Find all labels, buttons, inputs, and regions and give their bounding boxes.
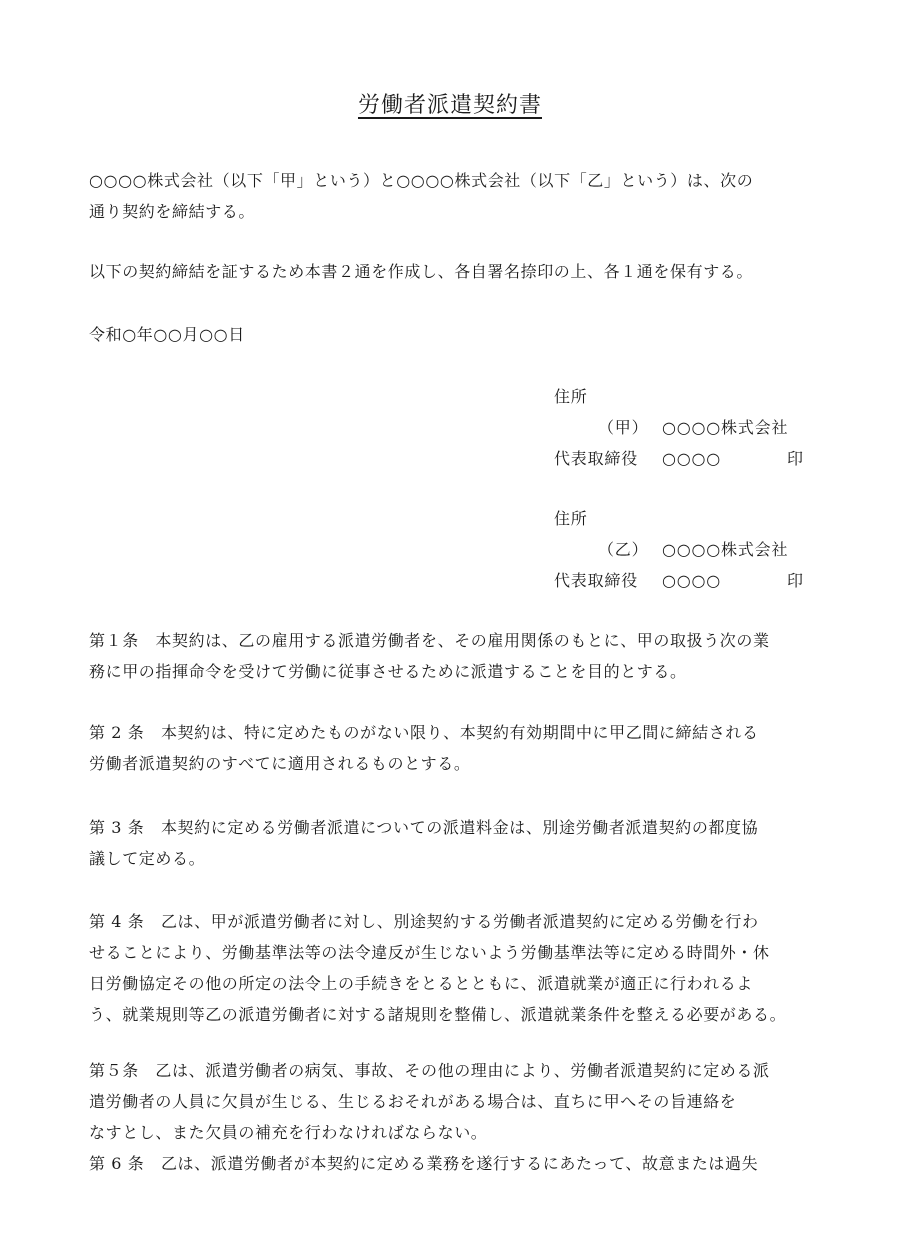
signature-block-party-a: 住所 （甲） ○○○○株式会社 代表取締役 ○○○○ 印 [554, 381, 814, 474]
article-line: 務に甲の指揮命令を受けて労働に従事させるために派遣することを目的とする。 [89, 656, 824, 687]
address-label: 住所 [554, 381, 588, 412]
article-6: 第 6 条 乙は、派遣労働者が本契約に定める業務を遂行するにあたって、故意または… [89, 1148, 824, 1179]
certification-paragraph: 以下の契約締結を証するため本書２通を作成し、各自署名捺印の上、各１通を保有する。 [89, 256, 824, 287]
article-line: 遣労働者の人員に欠員が生じる、生じるおそれがある場合は、直ちに甲へその旨連絡を [89, 1086, 824, 1117]
representative-name: ○○○○ [662, 443, 721, 474]
seal-mark: 印 [787, 565, 804, 596]
article-line: 第 3 条 本契約に定める労働者派遣についての派遣料金は、別途労働者派遣契約の都… [89, 812, 824, 843]
article-line: 日労働協定その他の所定の法令上の手続きをとるとともに、派遣就業が適正に行われるよ [89, 968, 824, 999]
article-2: 第 2 条 本契約は、特に定めたものがない限り、本契約有効期間中に甲乙間に締結さ… [89, 717, 824, 779]
document-title-text: 労働者派遣契約書 [358, 93, 542, 118]
document-title: 労働者派遣契約書 [0, 88, 900, 119]
signature-block-party-b: 住所 （乙） ○○○○株式会社 代表取締役 ○○○○ 印 [554, 503, 814, 596]
article-line: 第 2 条 本契約は、特に定めたものがない限り、本契約有効期間中に甲乙間に締結さ… [89, 717, 824, 748]
article-4: 第 4 条 乙は、甲が派遣労働者に対し、別途契約する労働者派遣契約に定める労働を… [89, 906, 824, 1030]
article-line: なすとし、また欠員の補充を行わなければならない。 [89, 1117, 824, 1148]
intro-line: ○○○○株式会社（以下「甲」という）と○○○○株式会社（以下「乙」という）は、次… [89, 165, 824, 196]
party-label: （甲） [598, 412, 648, 443]
article-line: 第５条 乙は、派遣労働者の病気、事故、その他の理由により、労働者派遣契約に定める… [89, 1055, 824, 1086]
intro-paragraph: ○○○○株式会社（以下「甲」という）と○○○○株式会社（以下「乙」という）は、次… [89, 165, 824, 227]
company-name: ○○○○株式会社 [662, 534, 788, 565]
seal-mark: 印 [787, 443, 804, 474]
certification-text: 以下の契約締結を証するため本書２通を作成し、各自署名捺印の上、各１通を保有する。 [89, 256, 824, 287]
article-5: 第５条 乙は、派遣労働者の病気、事故、その他の理由により、労働者派遣契約に定める… [89, 1055, 824, 1148]
article-3: 第 3 条 本契約に定める労働者派遣についての派遣料金は、別途労働者派遣契約の都… [89, 812, 824, 874]
representative-label: 代表取締役 [554, 443, 638, 474]
address-label: 住所 [554, 503, 588, 534]
company-name: ○○○○株式会社 [662, 412, 788, 443]
party-label: （乙） [598, 534, 648, 565]
article-line: せることにより、労働基準法等の法令違反が生じないよう労働基準法等に定める時間外・… [89, 937, 824, 968]
contract-date: 令和○年○○月○○日 [89, 319, 824, 350]
article-line: 第 4 条 乙は、甲が派遣労働者に対し、別途契約する労働者派遣契約に定める労働を… [89, 906, 824, 937]
date-text: 令和○年○○月○○日 [89, 319, 824, 350]
article-line: 議して定める。 [89, 843, 824, 874]
article-line: 第 6 条 乙は、派遣労働者が本契約に定める業務を遂行するにあたって、故意または… [89, 1148, 824, 1179]
article-line: 労働者派遣契約のすべてに適用されるものとする。 [89, 748, 824, 779]
representative-name: ○○○○ [662, 565, 721, 596]
article-line: う、就業規則等乙の派遣労働者に対する諸規則を整備し、派遣就業条件を整える必要があ… [89, 999, 824, 1030]
intro-line: 通り契約を締結する。 [89, 196, 824, 227]
representative-label: 代表取締役 [554, 565, 638, 596]
article-1: 第１条 本契約は、乙の雇用する派遣労働者を、その雇用関係のもとに、甲の取扱う次の… [89, 625, 824, 687]
article-line: 第１条 本契約は、乙の雇用する派遣労働者を、その雇用関係のもとに、甲の取扱う次の… [89, 625, 824, 656]
